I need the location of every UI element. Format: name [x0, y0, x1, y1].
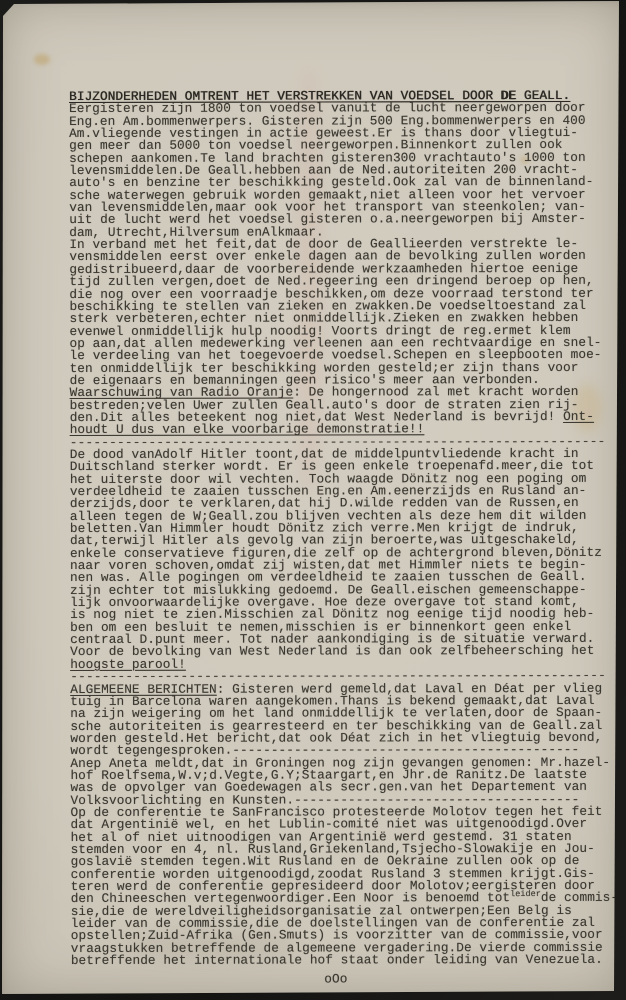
document-body: BIJZONDERHEDEN OMTRENT HET VERSTREKKEN V… — [69, 90, 601, 987]
paper-stain — [34, 54, 50, 65]
text-line: betreffende het internationale hof staat… — [71, 954, 601, 967]
paper-sheet: BIJZONDERHEDEN OMTRENT HET VERSTREKKEN V… — [0, 0, 626, 1000]
photo-background: { "colors": { "background": "#161616", "… — [0, 0, 626, 1000]
page-end-mark: oOo — [71, 973, 601, 986]
underlined-text: Ont- — [563, 409, 594, 424]
